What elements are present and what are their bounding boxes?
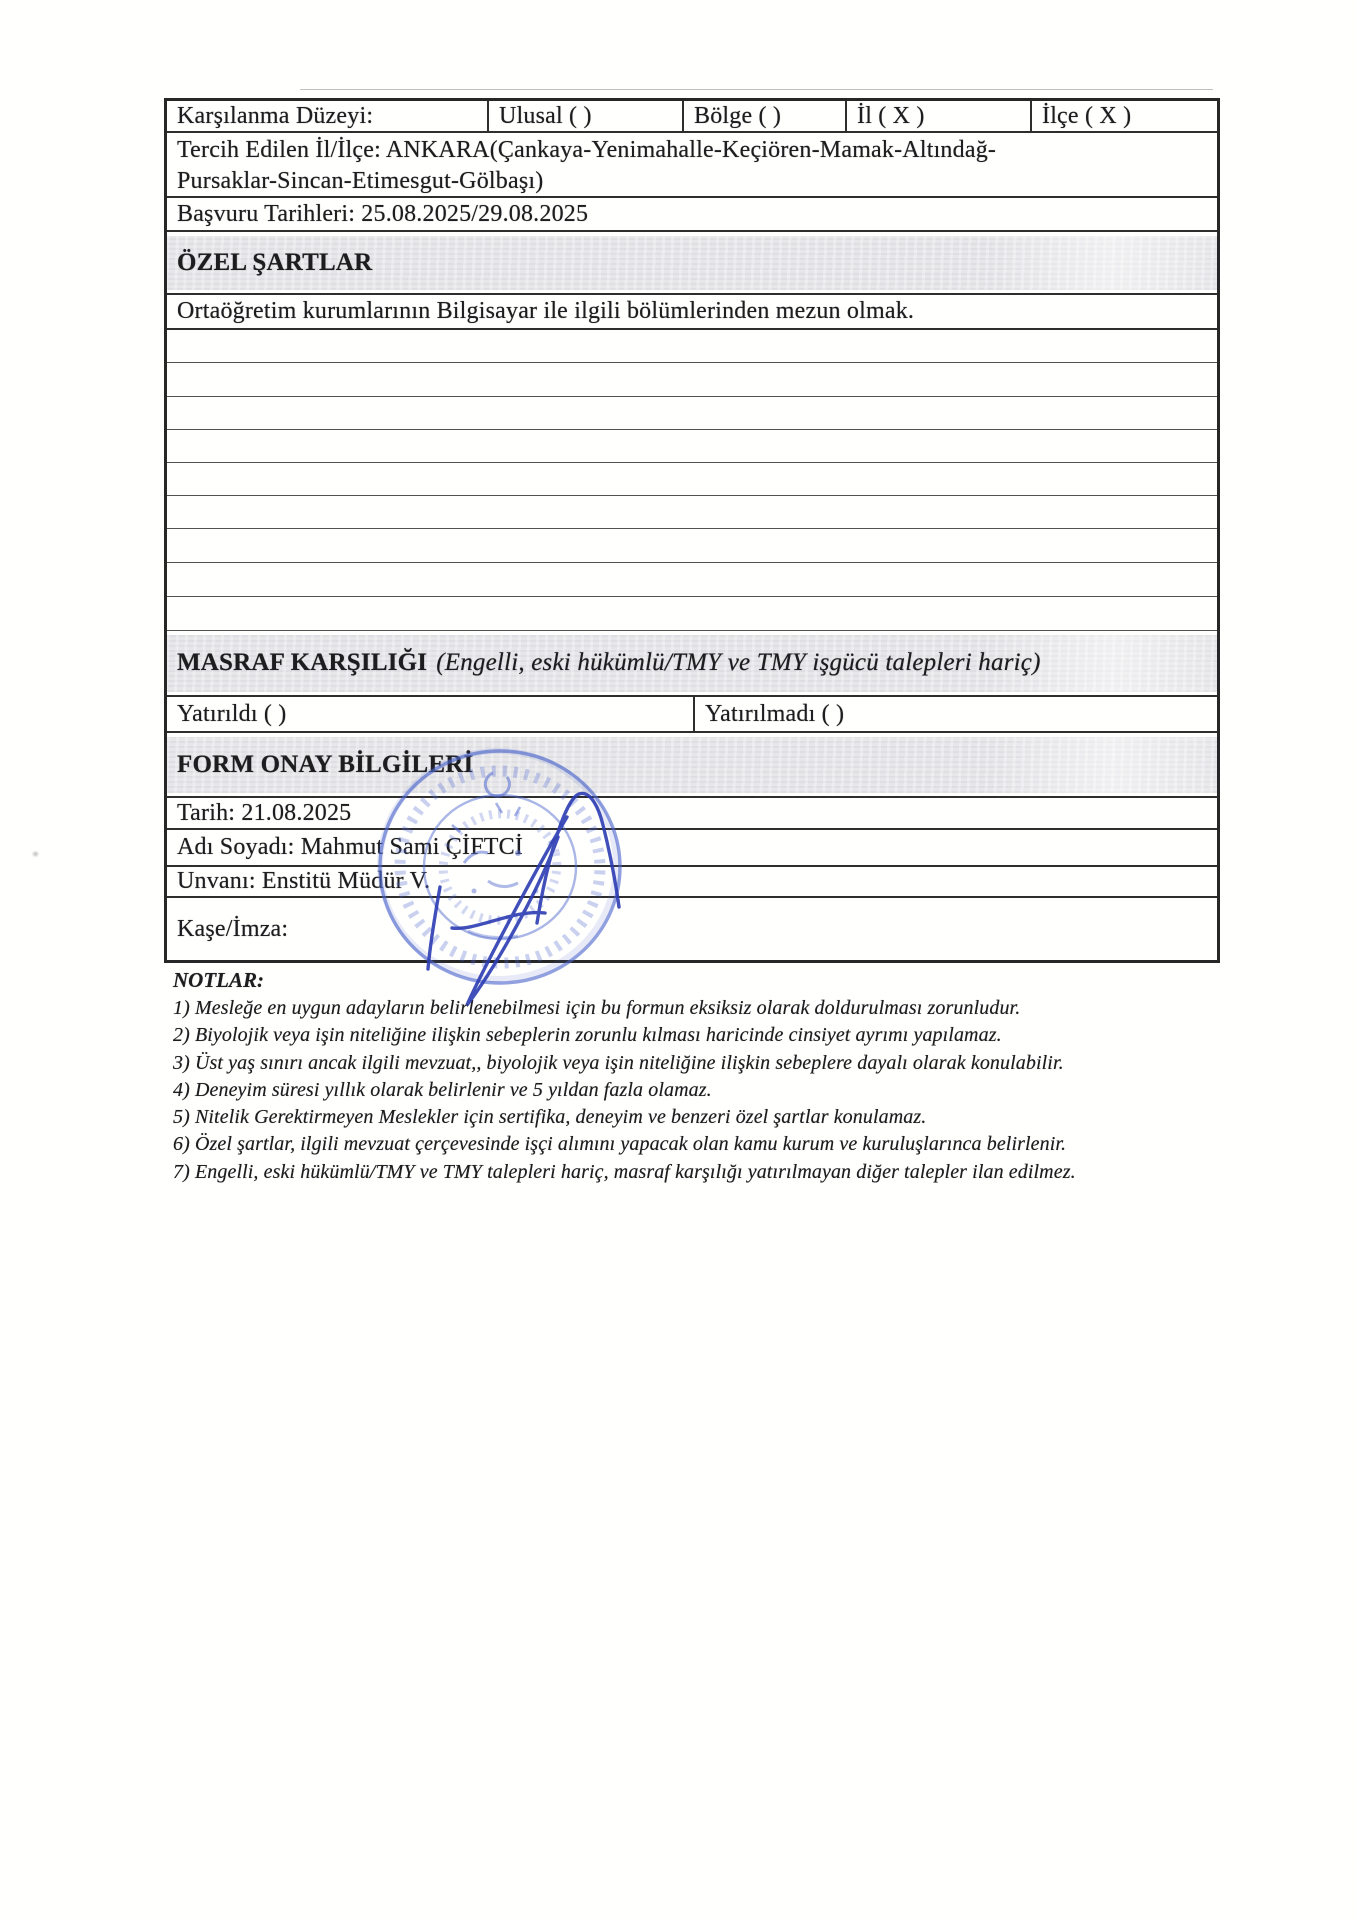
margin-speck xyxy=(33,852,38,856)
yatirildi-option: Yatırıldı ( ) xyxy=(167,697,693,731)
masraf-header-bold: MASRAF KARŞILIĞI xyxy=(177,649,427,677)
masraf-status-row: Yatırıldı ( ) Yatırılmadı ( ) xyxy=(167,697,1217,733)
note-7: 7) Engelli, eski hükümlü/TMY ve TMY tale… xyxy=(173,1159,1076,1186)
basvuru-row: Başvuru Tarihleri: 25.08.2025/29.08.2025 xyxy=(167,198,1217,232)
scan-artifact-line xyxy=(300,89,1213,90)
note-3: 3) Üst yaş sınırı ancak ilgili mevzuat,,… xyxy=(173,1050,1076,1077)
job-posting-form-table: Karşılanma Düzeyi: Ulusal ( ) Bölge ( ) … xyxy=(164,98,1220,963)
empty-row xyxy=(167,430,1217,463)
note-4: 4) Deneyim süresi yıllık olarak belirlen… xyxy=(173,1077,1076,1104)
ozel-sart-value: Ortaöğretim kurumlarının Bilgisayar ile … xyxy=(167,295,1217,328)
option-bolge: Bölge ( ) xyxy=(682,101,845,131)
yatirilmadi-option: Yatırılmadı ( ) xyxy=(693,697,1217,731)
empty-row xyxy=(167,597,1217,631)
empty-row xyxy=(167,563,1217,597)
karsilanma-label: Karşılanma Düzeyi: xyxy=(167,101,487,131)
empty-row xyxy=(167,463,1217,496)
form-onay-header: FORM ONAY BİLGİLERİ xyxy=(167,733,1217,796)
ozel-sartlar-header: ÖZEL ŞARTLAR xyxy=(167,232,1217,293)
masraf-header-row: MASRAF KARŞILIĞI (Engelli, eski hükümlü/… xyxy=(167,631,1217,697)
empty-row xyxy=(167,363,1217,397)
masraf-header-italic: (Engelli, eski hükümlü/TMY ve TMY işgücü… xyxy=(436,649,1040,677)
masraf-header: MASRAF KARŞILIĞI (Engelli, eski hükümlü/… xyxy=(167,631,1217,695)
tercih-row: Tercih Edilen İl/İlçe: ANKARA(Çankaya-Ye… xyxy=(167,133,1217,198)
tercih-line1: Tercih Edilen İl/İlçe: ANKARA(Çankaya-Ye… xyxy=(177,135,996,166)
note-6: 6) Özel şartlar, ilgili mevzuat çerçeves… xyxy=(173,1131,1076,1158)
ozel-sart-row: Ortaöğretim kurumlarının Bilgisayar ile … xyxy=(167,295,1217,330)
option-ilce: İlçe ( X ) xyxy=(1030,101,1217,131)
unvani-row: Unvanı: Enstitü Müdür V. xyxy=(167,867,1217,898)
ozel-sartlar-header-row: ÖZEL ŞARTLAR xyxy=(167,232,1217,295)
note-5: 5) Nitelik Gerektirmeyen Meslekler için … xyxy=(173,1104,1076,1131)
kase-imza-row: Kaşe/İmza: xyxy=(167,898,1217,960)
empty-row xyxy=(167,397,1217,430)
tarih-row: Tarih: 21.08.2025 xyxy=(167,798,1217,830)
tarih-value: Tarih: 21.08.2025 xyxy=(167,798,1217,828)
empty-row xyxy=(167,529,1217,563)
empty-row xyxy=(167,496,1217,529)
tercih-line2: Pursaklar-Sincan-Etimesgut-Gölbaşı) xyxy=(177,166,543,197)
unvani-value: Unvanı: Enstitü Müdür V. xyxy=(167,867,1217,896)
signature xyxy=(395,775,645,1020)
kase-imza-label: Kaşe/İmza: xyxy=(167,898,1217,960)
option-ulusal: Ulusal ( ) xyxy=(487,101,682,131)
form-onay-header-row: FORM ONAY BİLGİLERİ xyxy=(167,733,1217,798)
empty-row xyxy=(167,330,1217,363)
option-il: İl ( X ) xyxy=(845,101,1030,131)
karsilanma-level-row: Karşılanma Düzeyi: Ulusal ( ) Bölge ( ) … xyxy=(167,101,1217,133)
note-2: 2) Biyolojik veya işin niteliğine ilişki… xyxy=(173,1022,1076,1049)
basvuru-value: Başvuru Tarihleri: 25.08.2025/29.08.2025 xyxy=(167,198,1217,230)
adi-soyadi-value: Adı Soyadı: Mahmut Sami ÇİFTCİ xyxy=(167,830,1217,865)
tercih-value: Tercih Edilen İl/İlçe: ANKARA(Çankaya-Ye… xyxy=(167,133,1217,196)
adi-soyadi-row: Adı Soyadı: Mahmut Sami ÇİFTCİ xyxy=(167,830,1217,867)
scanned-form-page: Karşılanma Düzeyi: Ulusal ( ) Bölge ( ) … xyxy=(0,0,1357,1920)
